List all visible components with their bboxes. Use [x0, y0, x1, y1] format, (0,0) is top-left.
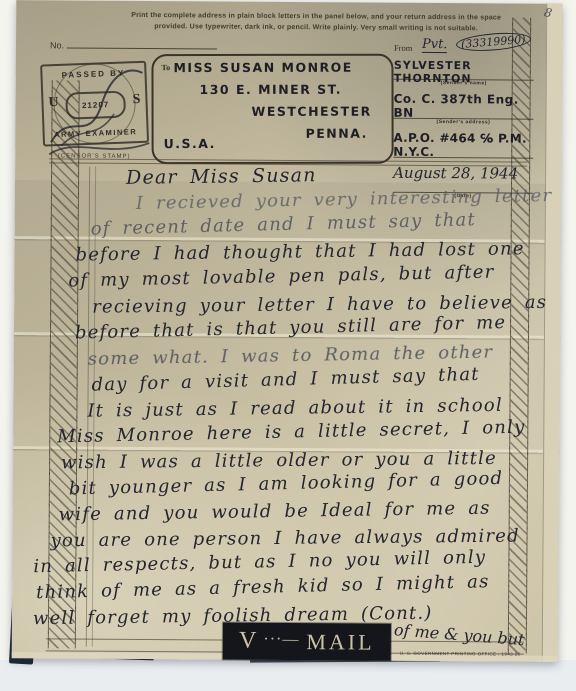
- censor-stamp: PASSED BY U S 21207 ARMY EXAMINER: [40, 61, 149, 147]
- form-instructions-line2: provided. Use typewriter, dark ink, or p…: [101, 21, 531, 35]
- vmail-letter-sheet: Print the complete address in plain bloc…: [12, 0, 563, 662]
- sender-name: SYLVESTER THORNTON: [394, 59, 534, 81]
- sender-rank: Pvt.: [422, 37, 448, 53]
- recipient-city: WESTCHESTER: [252, 104, 372, 119]
- vmail-logo-word: MAIL: [306, 629, 374, 655]
- paper-edge: [542, 4, 563, 662]
- vmail-logo-morse-code: ···—: [263, 631, 299, 649]
- recipient-country: U.S.A.: [164, 136, 216, 151]
- recipient-name: MISS SUSAN MONROE: [173, 60, 352, 75]
- vmail-logo-v: V: [239, 628, 257, 655]
- to-label: To: [161, 63, 170, 72]
- recipient-street: 130 E. MINER ST.: [200, 82, 343, 97]
- vmail-logo: V ···— MAIL: [223, 623, 391, 661]
- printing-office-imprint: U. S. GOVERNMENT PRINTING OFFICE : 1943 …: [400, 651, 520, 657]
- from-label: From: [394, 43, 412, 53]
- scanned-vmail-photo: Print the complete address in plain bloc…: [0, 0, 576, 691]
- to-address-box: To MISS SUSAN MONROE 130 E. MINER ST. WE…: [151, 54, 393, 164]
- letter-body: Dear Miss Susan I recieved your very int…: [28, 164, 543, 636]
- scan-background: [0, 660, 576, 691]
- sender-unit: Co. C. 387th Eng. BN: [393, 86, 533, 120]
- recipient-state: PENNA.: [306, 126, 368, 141]
- form-instructions: Print the complete address in plain bloc…: [101, 10, 531, 35]
- from-rank-row: From Pvt. (33319990): [394, 37, 534, 60]
- sender-apo: A.P.O. #464 ℅ P.M. N.Y.C.: [393, 125, 533, 159]
